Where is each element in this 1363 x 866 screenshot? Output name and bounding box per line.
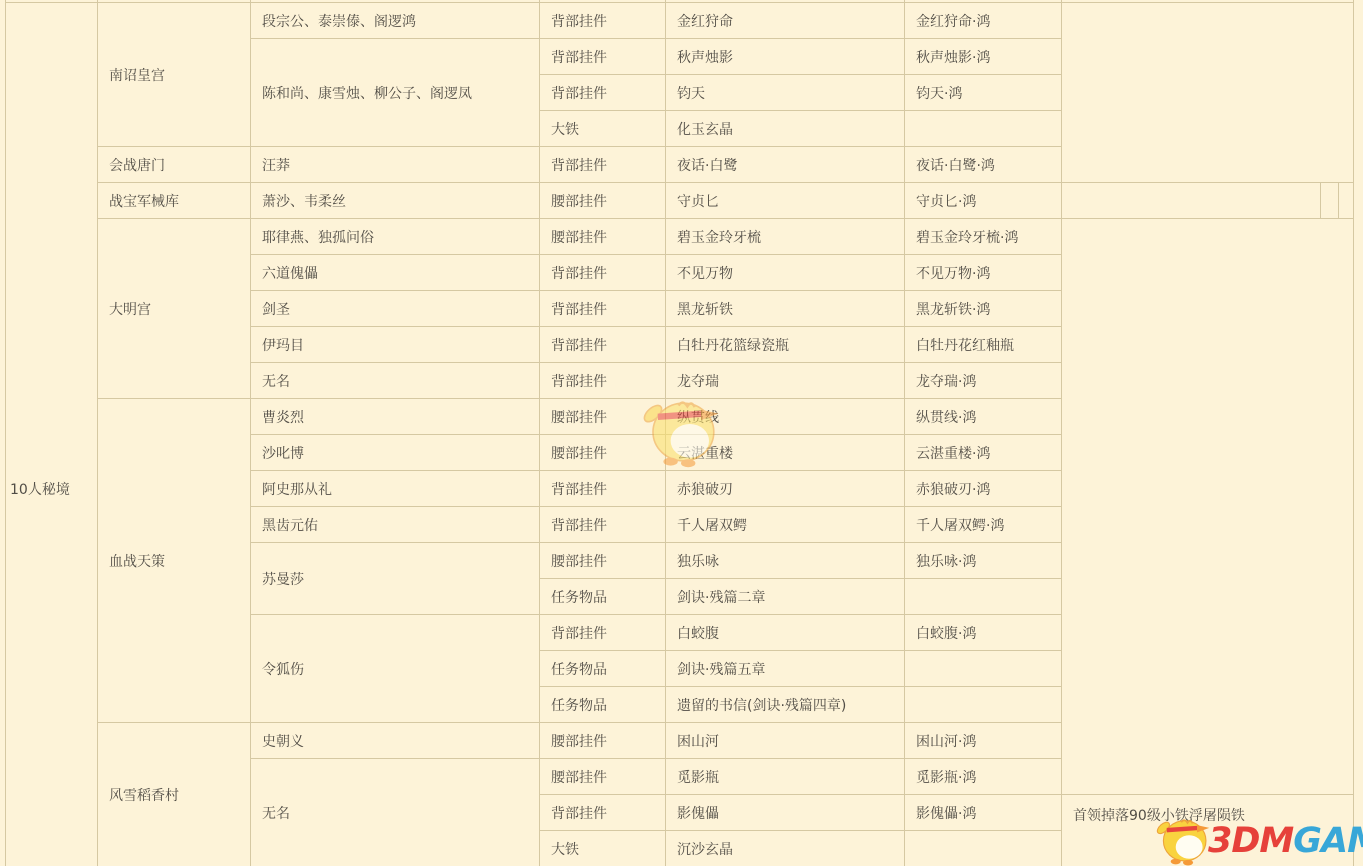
boss-drop-note-cell: 首领掉落90级小铁浮屠陨铁 [1062, 795, 1354, 866]
item-cell: 遗留的书信(剑诀·残篇四章) [666, 687, 905, 723]
item-hong-cell: 云湛重楼·鸿 [905, 435, 1062, 471]
item-cell: 金红狩命 [666, 3, 905, 39]
item-hong-cell [905, 579, 1062, 615]
item-cell: 白蛟腹 [666, 615, 905, 651]
item-hong-cell: 守贞匕·鸿 [905, 183, 1062, 219]
npc-cell: 沙叱博 [251, 435, 540, 471]
item-hong-cell: 独乐咏·鸿 [905, 543, 1062, 579]
item-hong-cell: 钧天·鸿 [905, 75, 1062, 111]
slot-type-cell: 腰部挂件 [540, 435, 666, 471]
slot-type-cell: 腰部挂件 [540, 759, 666, 795]
dungeon-group-cell: 10人秘境 [6, 3, 98, 866]
item-hong-cell [905, 687, 1062, 723]
slot-type-cell: 腰部挂件 [540, 183, 666, 219]
slot-type-cell: 腰部挂件 [540, 399, 666, 435]
npc-cell: 伊玛目 [251, 327, 540, 363]
narrow-cell [1321, 183, 1339, 219]
slot-type-cell: 任务物品 [540, 579, 666, 615]
npc-cell: 史朝义 [251, 723, 540, 759]
npc-cell: 萧沙、韦柔丝 [251, 183, 540, 219]
location-cell: 血战天策 [98, 399, 251, 723]
item-cell: 千人屠双鳄 [666, 507, 905, 543]
npc-cell: 耶律燕、独孤问俗 [251, 219, 540, 255]
table-row: 10人秘境 南诏皇宫 段宗公、泰崇傣、阁逻鸿 背部挂件 金红狩命 金红狩命·鸿 [6, 3, 1354, 39]
dungeon-group-label: 10人秘境 [10, 479, 70, 499]
slot-type-cell: 大铁 [540, 111, 666, 147]
item-cell: 独乐咏 [666, 543, 905, 579]
item-hong-cell: 碧玉金玲牙梳·鸿 [905, 219, 1062, 255]
npc-cell: 黑齿元佑 [251, 507, 540, 543]
item-hong-cell: 千人屠双鳄·鸿 [905, 507, 1062, 543]
slot-type-cell: 任务物品 [540, 651, 666, 687]
npc-cell: 无名 [251, 363, 540, 399]
npc-cell: 段宗公、泰崇傣、阁逻鸿 [251, 3, 540, 39]
slot-type-cell: 腰部挂件 [540, 219, 666, 255]
item-cell: 困山河 [666, 723, 905, 759]
item-cell: 钧天 [666, 75, 905, 111]
slot-type-cell: 背部挂件 [540, 795, 666, 831]
item-cell: 夜话·白鹭 [666, 147, 905, 183]
item-hong-cell: 秋声烛影·鸿 [905, 39, 1062, 75]
slot-type-cell: 背部挂件 [540, 471, 666, 507]
slot-type-cell: 背部挂件 [540, 147, 666, 183]
item-hong-cell: 不见万物·鸿 [905, 255, 1062, 291]
item-cell: 沉沙玄晶 [666, 831, 905, 866]
item-hong-cell: 白牡丹花红釉瓶 [905, 327, 1062, 363]
npc-cell: 曹炎烈 [251, 399, 540, 435]
npc-cell: 阿史那从礼 [251, 471, 540, 507]
item-hong-cell: 影傀儡·鸿 [905, 795, 1062, 831]
item-cell: 龙夺瑞 [666, 363, 905, 399]
item-cell: 影傀儡 [666, 795, 905, 831]
npc-cell: 六道傀儡 [251, 255, 540, 291]
item-cell: 觅影瓶 [666, 759, 905, 795]
item-hong-cell: 赤狼破刃·鸿 [905, 471, 1062, 507]
item-hong-cell: 夜话·白鹭·鸿 [905, 147, 1062, 183]
slot-type-cell: 背部挂件 [540, 255, 666, 291]
slot-type-cell: 大铁 [540, 831, 666, 866]
item-cell: 白牡丹花篮绿瓷瓶 [666, 327, 905, 363]
slot-type-cell: 背部挂件 [540, 291, 666, 327]
item-cell: 赤狼破刃 [666, 471, 905, 507]
note-cell [1062, 3, 1354, 183]
npc-cell: 陈和尚、康雪烛、柳公子、阁逻凤 [251, 39, 540, 147]
npc-cell: 无名 [251, 759, 540, 866]
item-hong-cell: 金红狩命·鸿 [905, 3, 1062, 39]
npc-cell: 令狐伤 [251, 615, 540, 723]
slot-type-cell: 背部挂件 [540, 327, 666, 363]
item-cell: 碧玉金玲牙梳 [666, 219, 905, 255]
item-cell: 守贞匕 [666, 183, 905, 219]
location-cell: 风雪稻香村 [98, 723, 251, 866]
slot-type-cell: 背部挂件 [540, 39, 666, 75]
item-hong-cell: 白蛟腹·鸿 [905, 615, 1062, 651]
location-cell: 大明宫 [98, 219, 251, 399]
slot-type-cell: 腰部挂件 [540, 543, 666, 579]
slot-type-cell: 背部挂件 [540, 615, 666, 651]
location-cell: 战宝军械库 [98, 183, 251, 219]
item-hong-cell: 黑龙斩铁·鸿 [905, 291, 1062, 327]
item-cell: 纵贯线 [666, 399, 905, 435]
slot-type-cell: 腰部挂件 [540, 723, 666, 759]
note-cell [1062, 219, 1354, 795]
item-cell: 化玉玄晶 [666, 111, 905, 147]
slot-type-cell: 任务物品 [540, 687, 666, 723]
location-cell: 会战唐门 [98, 147, 251, 183]
item-hong-cell [905, 651, 1062, 687]
narrow-cell [1339, 183, 1354, 219]
item-cell: 剑诀·残篇二章 [666, 579, 905, 615]
item-cell: 云湛重楼 [666, 435, 905, 471]
item-cell: 秋声烛影 [666, 39, 905, 75]
item-hong-cell: 觅影瓶·鸿 [905, 759, 1062, 795]
item-cell: 剑诀·残篇五章 [666, 651, 905, 687]
item-cell: 不见万物 [666, 255, 905, 291]
note-cell [1062, 183, 1321, 219]
slot-type-cell: 背部挂件 [540, 363, 666, 399]
npc-cell: 苏曼莎 [251, 543, 540, 615]
location-cell: 南诏皇宫 [98, 3, 251, 147]
item-hong-cell [905, 831, 1062, 866]
slot-type-cell: 背部挂件 [540, 3, 666, 39]
item-hong-cell [905, 111, 1062, 147]
item-hong-cell: 龙夺瑞·鸿 [905, 363, 1062, 399]
slot-type-cell: 背部挂件 [540, 75, 666, 111]
npc-cell: 剑圣 [251, 291, 540, 327]
npc-cell: 汪莽 [251, 147, 540, 183]
item-cell: 黑龙斩铁 [666, 291, 905, 327]
dungeon-drop-table: 10人秘境 南诏皇宫 段宗公、泰崇傣、阁逻鸿 背部挂件 金红狩命 金红狩命·鸿 … [5, 0, 1354, 866]
item-hong-cell: 困山河·鸿 [905, 723, 1062, 759]
table-row: 战宝军械库 萧沙、韦柔丝 腰部挂件 守贞匕 守贞匕·鸿 [6, 183, 1354, 219]
slot-type-cell: 背部挂件 [540, 507, 666, 543]
table-row: 大明宫 耶律燕、独孤问俗 腰部挂件 碧玉金玲牙梳 碧玉金玲牙梳·鸿 [6, 219, 1354, 255]
item-hong-cell: 纵贯线·鸿 [905, 399, 1062, 435]
